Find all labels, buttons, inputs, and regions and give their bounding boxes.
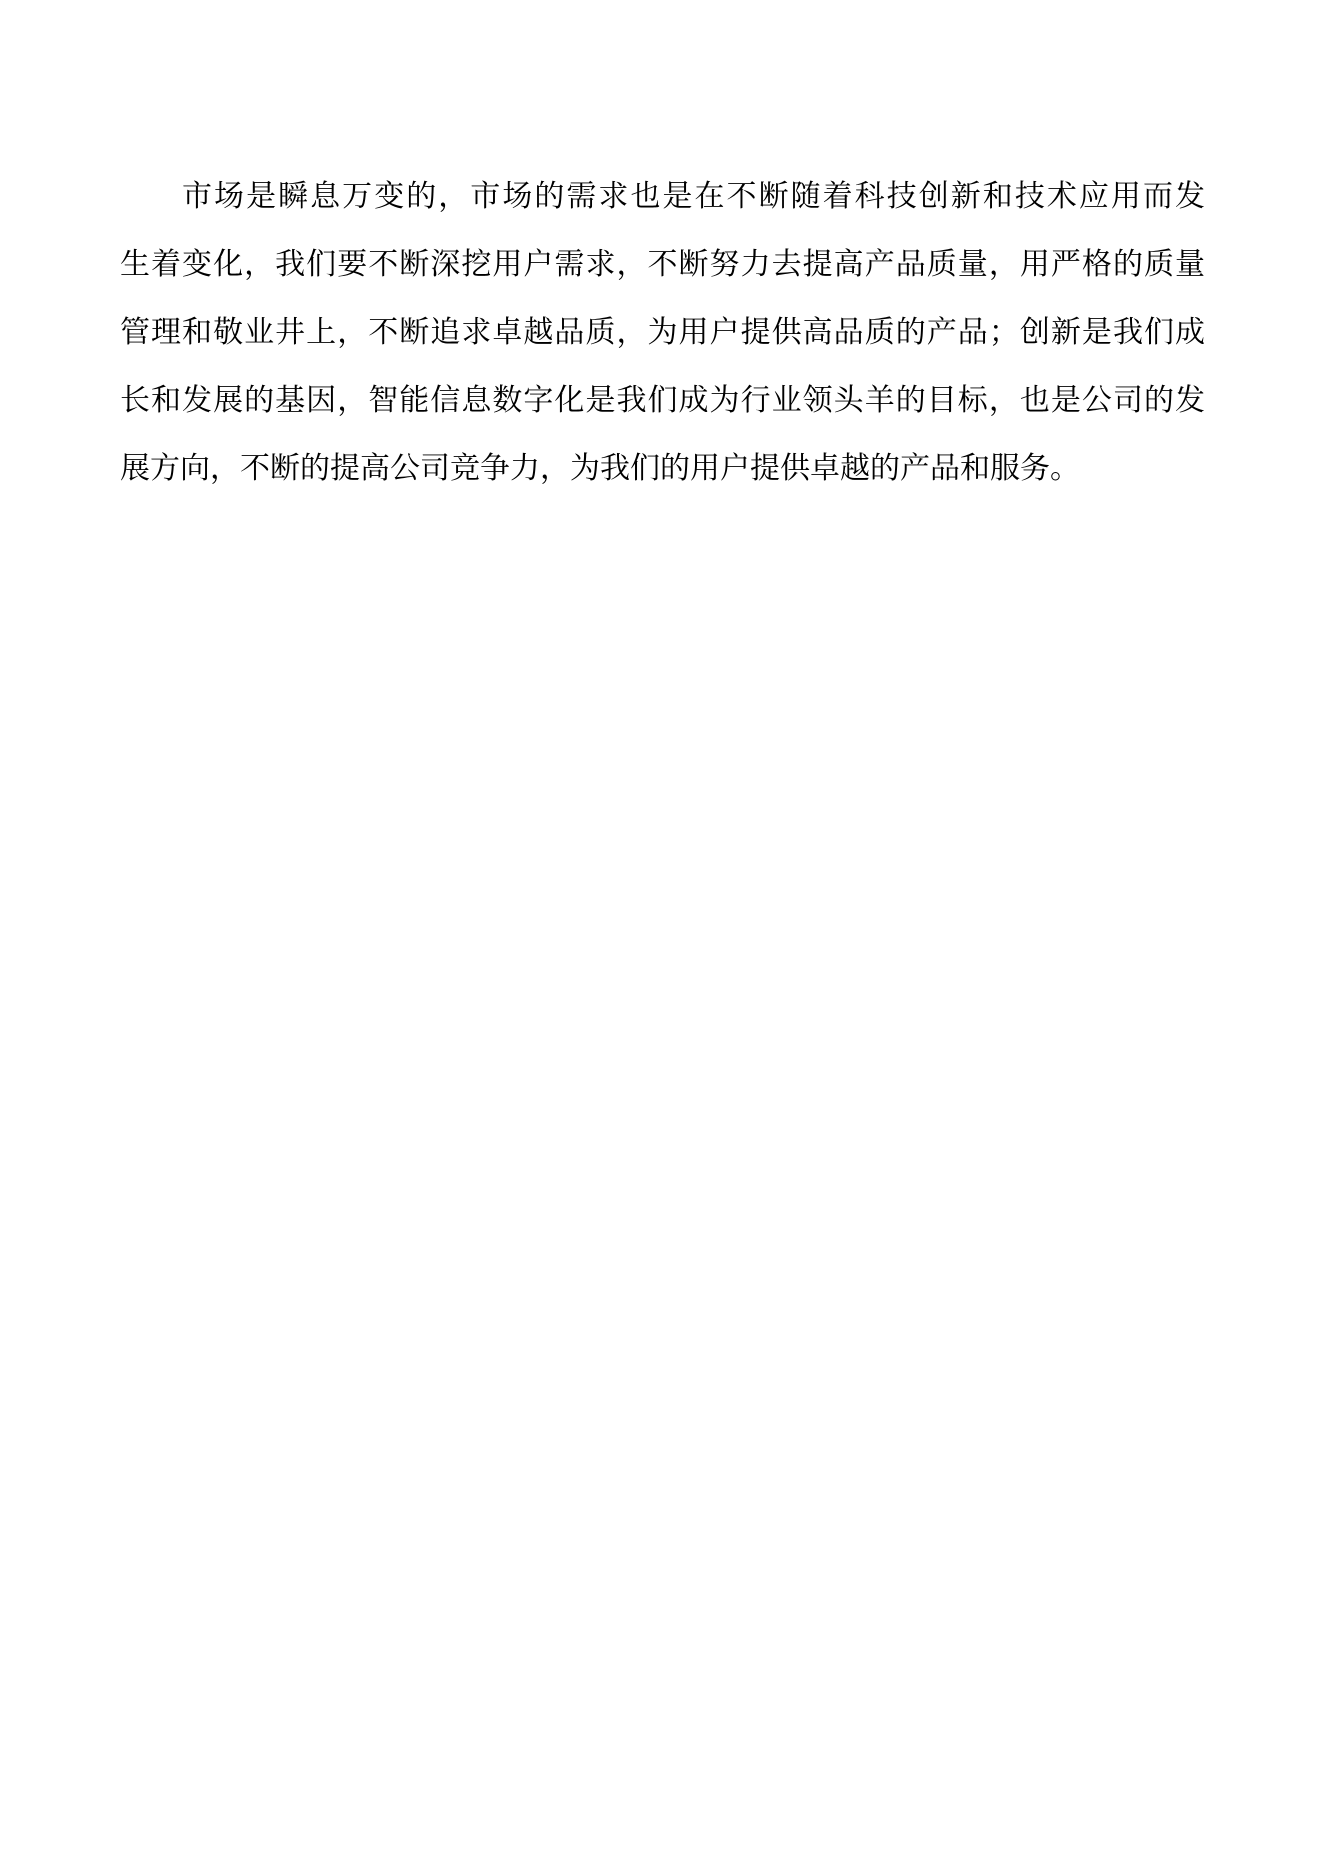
paragraph-line-3: 管理和敬业井上，不断追求卓越品质，为用户提供高品质的产品；创新是我们成 — [120, 299, 1205, 367]
paragraph-line-2: 生着变化，我们要不断深挖用户需求，不断努力去提高产品质量，用严格的质量 — [120, 231, 1205, 299]
paragraph-line-4: 长和发展的基因，智能信息数字化是我们成为行业领头羊的目标，也是公司的发 — [120, 367, 1205, 435]
paragraph-line-5: 展方向，不断的提高公司竞争力，为我们的用户提供卓越的产品和服务。 — [120, 435, 1205, 503]
body-paragraph: 市场是瞬息万变的，市场的需求也是在不断随着科技创新和技术应用而发 生着变化，我们… — [120, 163, 1205, 503]
paragraph-line-1: 市场是瞬息万变的，市场的需求也是在不断随着科技创新和技术应用而发 — [120, 163, 1205, 231]
document-page: 市场是瞬息万变的，市场的需求也是在不断随着科技创新和技术应用而发 生着变化，我们… — [0, 0, 1323, 1871]
